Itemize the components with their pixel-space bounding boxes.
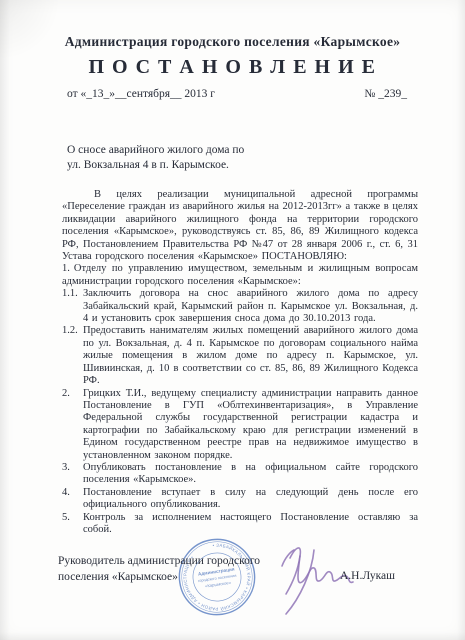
stamp-center-line-2: городского поселения (198, 574, 237, 583)
item-text: Грицких Т.И., ведущему специалисту админ… (83, 388, 418, 462)
decree-body: В целях реализации муниципальной адресно… (62, 189, 418, 536)
meta-row: от «_13_»__сентября__ 2013 г № _239_ (0, 88, 465, 100)
official-stamp-seal: • ЗАБАЙКАЛЬСКИЙ КРАЙ • КАРЫМСКИЙ РАЙОН •… (172, 532, 262, 622)
decree-item: 2.Грицких Т.И., ведущему специалисту адм… (62, 388, 418, 462)
subject-line-2: ул. Вокзальная 4 в п. Карымское. (67, 158, 297, 173)
signer-post-line-1: Руководитель администрации городского (58, 554, 260, 570)
item-number: 1.2. (62, 325, 83, 387)
item-number: 2. (62, 388, 83, 462)
signer-post-line-2: поселения «Карымское» (58, 570, 260, 586)
decree-date: от «_13_»__сентября__ 2013 г (67, 88, 215, 100)
subject-line-1: О сносе аварийного жилого дома по (67, 143, 297, 158)
item-number: 1.1. (62, 288, 83, 325)
decree-item: 1.Отделу по управлению имуществом, земел… (62, 263, 418, 288)
decree-intro: В целях реализации муниципальной адресно… (62, 189, 418, 263)
svg-text:• ЗАБАЙКАЛЬСКИЙ КРАЙ • КАРЫМСК: • ЗАБАЙКАЛЬСКИЙ КРАЙ • КАРЫМСКИЙ РАЙОН •… (178, 538, 256, 616)
item-number: 5. (62, 512, 83, 537)
signer-name: А.Н.Лукаш (340, 570, 395, 582)
item-number: 1. (62, 263, 70, 274)
decree-item: 1.1.Заключить договора на снос аварийног… (62, 288, 418, 325)
decree-item: 3.Опубликовать постановление в на официа… (62, 462, 418, 487)
decree-number: № _239_ (364, 88, 407, 100)
signer-post: Руководитель администрации городского по… (58, 554, 260, 585)
decree-item: 1.2.Предоставить нанимателям жилых помещ… (62, 325, 418, 387)
item-text: Предоставить нанимателям жилых помещений… (83, 325, 418, 387)
stamp-center-line-3: «Карымское» (205, 580, 232, 589)
org-header: Администрация городского поселения «Кары… (0, 0, 465, 50)
stamp-center-line-1: Администрация (198, 566, 235, 576)
scanned-decree-page: Администрация городского поселения «Кары… (0, 0, 465, 640)
item-text: Заключить договора на снос аварийного жи… (83, 288, 418, 325)
item-number: 4. (62, 487, 83, 512)
item-text: Отделу по управлению имуществом, земельн… (62, 263, 418, 286)
decree-item: 5.Контроль за исполнением настоящего Пос… (62, 512, 418, 537)
handwritten-signature (252, 536, 362, 620)
item-text: Опубликовать постановление в на официаль… (83, 462, 418, 487)
decree-item: 4.Постановление вступает в силу на следу… (62, 487, 418, 512)
item-text: Контроль за исполнением настоящего Поста… (83, 512, 418, 537)
item-text: Постановление вступает в силу на следующ… (83, 487, 418, 512)
decree-subject: О сносе аварийного жилого дома по ул. Во… (67, 143, 297, 173)
item-number: 3. (62, 462, 83, 487)
decree-items: 1.Отделу по управлению имуществом, земел… (62, 263, 418, 536)
decree-title: П О С Т А Н О В Л Е Н И Е (0, 56, 465, 79)
stamp-ring-text: • ЗАБАЙКАЛЬСКИЙ КРАЙ • КАРЫМСКИЙ РАЙОН •… (178, 538, 256, 616)
